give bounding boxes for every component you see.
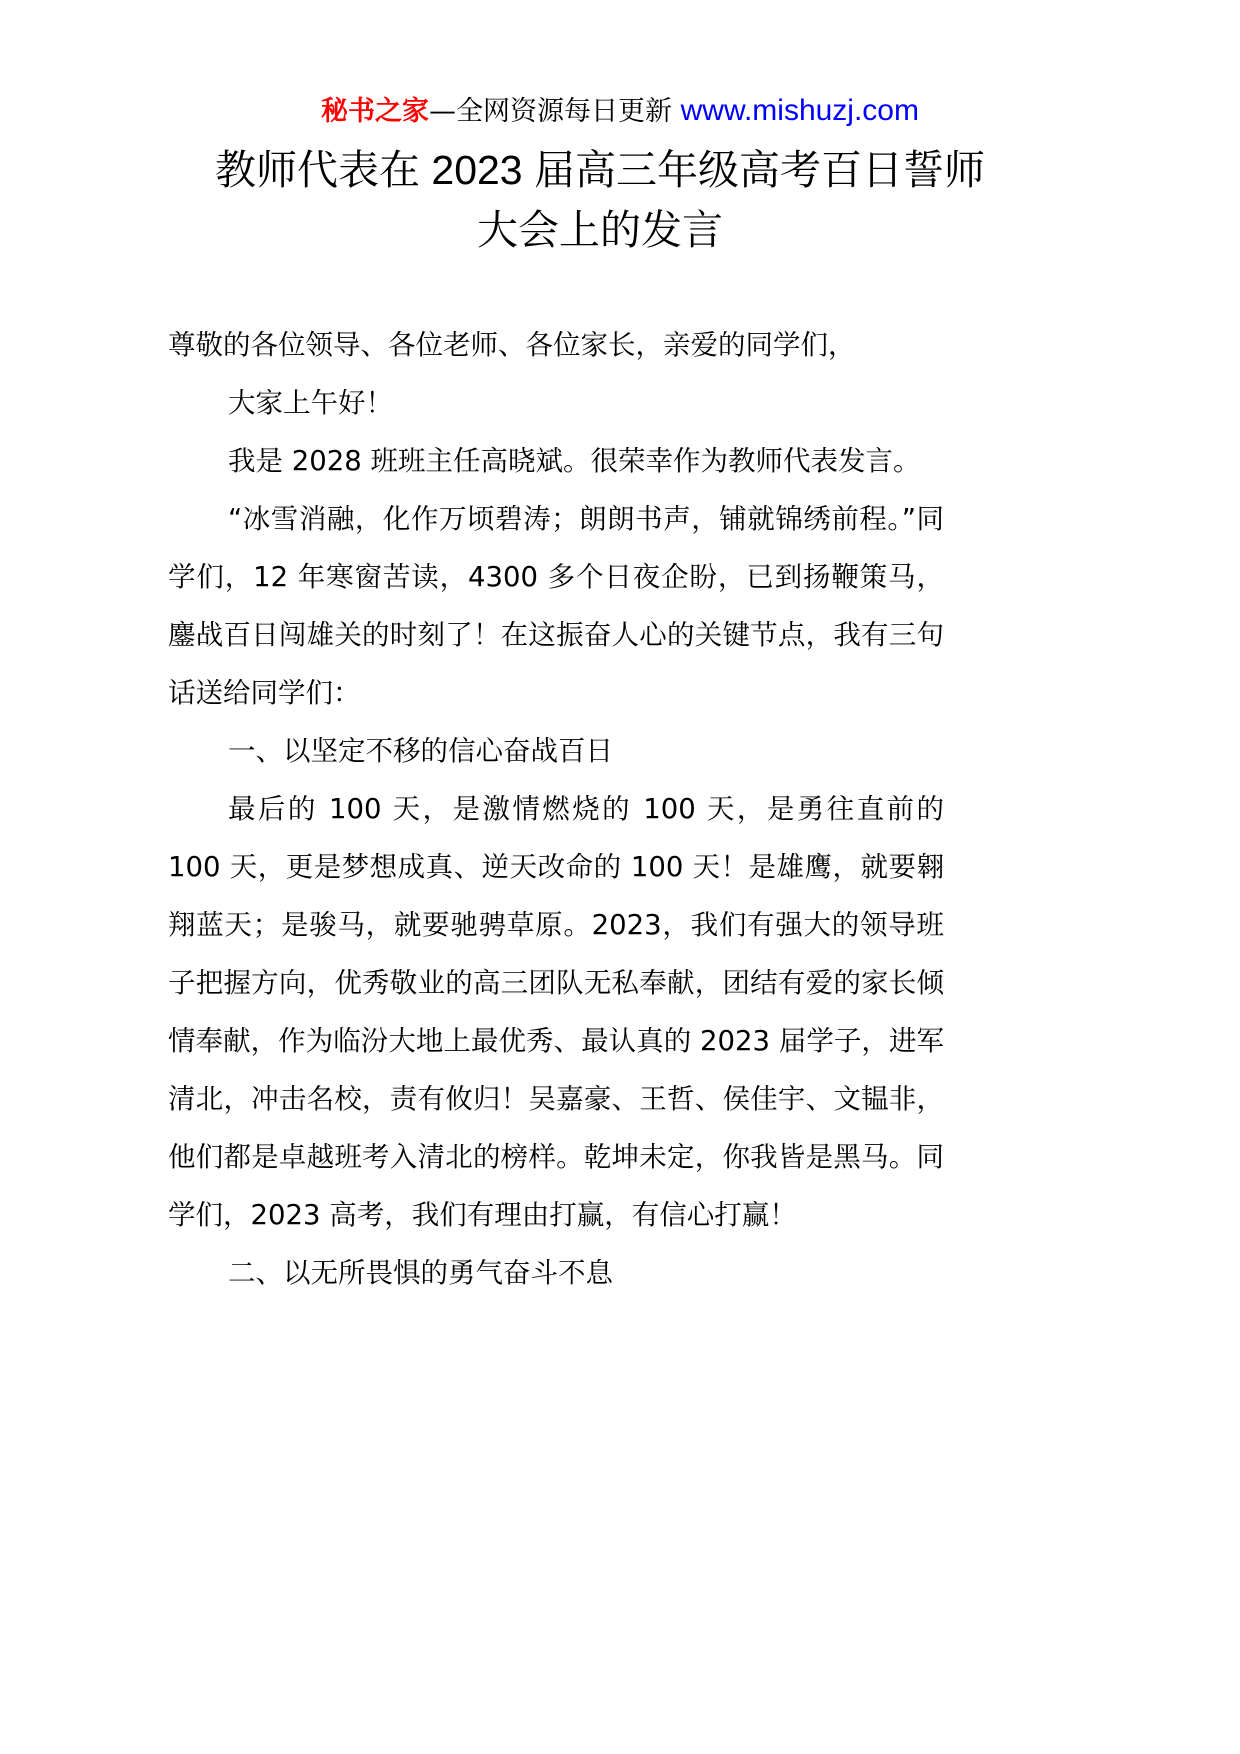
document-title: 教师代表在 2023 届高三年级高考百日誓师 大会上的发言 xyxy=(160,140,1040,260)
site-url-link[interactable]: www.mishuzj.com xyxy=(681,94,919,127)
self-introduction: 我是 2028 班班主任高晓斌。很荣幸作为教师代表发言。 xyxy=(168,432,944,490)
document-body: 尊敬的各位领导、各位老师、各位家长，亲爱的同学们， 大家上午好！ 我是 2028… xyxy=(168,316,944,1302)
greeting: 大家上午好！ xyxy=(168,374,944,432)
section-heading-2: 二、以无所畏惧的勇气奋斗不息 xyxy=(168,1244,944,1302)
section-1-paragraph: 最后的 100 天，是激情燃烧的 100 天，是勇往直前的 100 天，更是梦想… xyxy=(168,780,944,1244)
site-banner: 秘书之家—全网资源每日更新 www.mishuzj.com xyxy=(0,92,1240,131)
brand-name: 秘书之家 xyxy=(321,96,429,127)
section-heading-1: 一、以坚定不移的信心奋战百日 xyxy=(168,722,944,780)
salutation: 尊敬的各位领导、各位老师、各位家长，亲爱的同学们， xyxy=(168,316,944,374)
opening-paragraph: “冰雪消融，化作万顷碧涛；朗朗书声，铺就锦绣前程。”同学们，12 年寒窗苦读，4… xyxy=(168,490,944,722)
title-line-2: 大会上的发言 xyxy=(160,200,1040,260)
title-line-1: 教师代表在 2023 届高三年级高考百日誓师 xyxy=(160,140,1040,200)
banner-tagline: —全网资源每日更新 xyxy=(429,96,681,127)
